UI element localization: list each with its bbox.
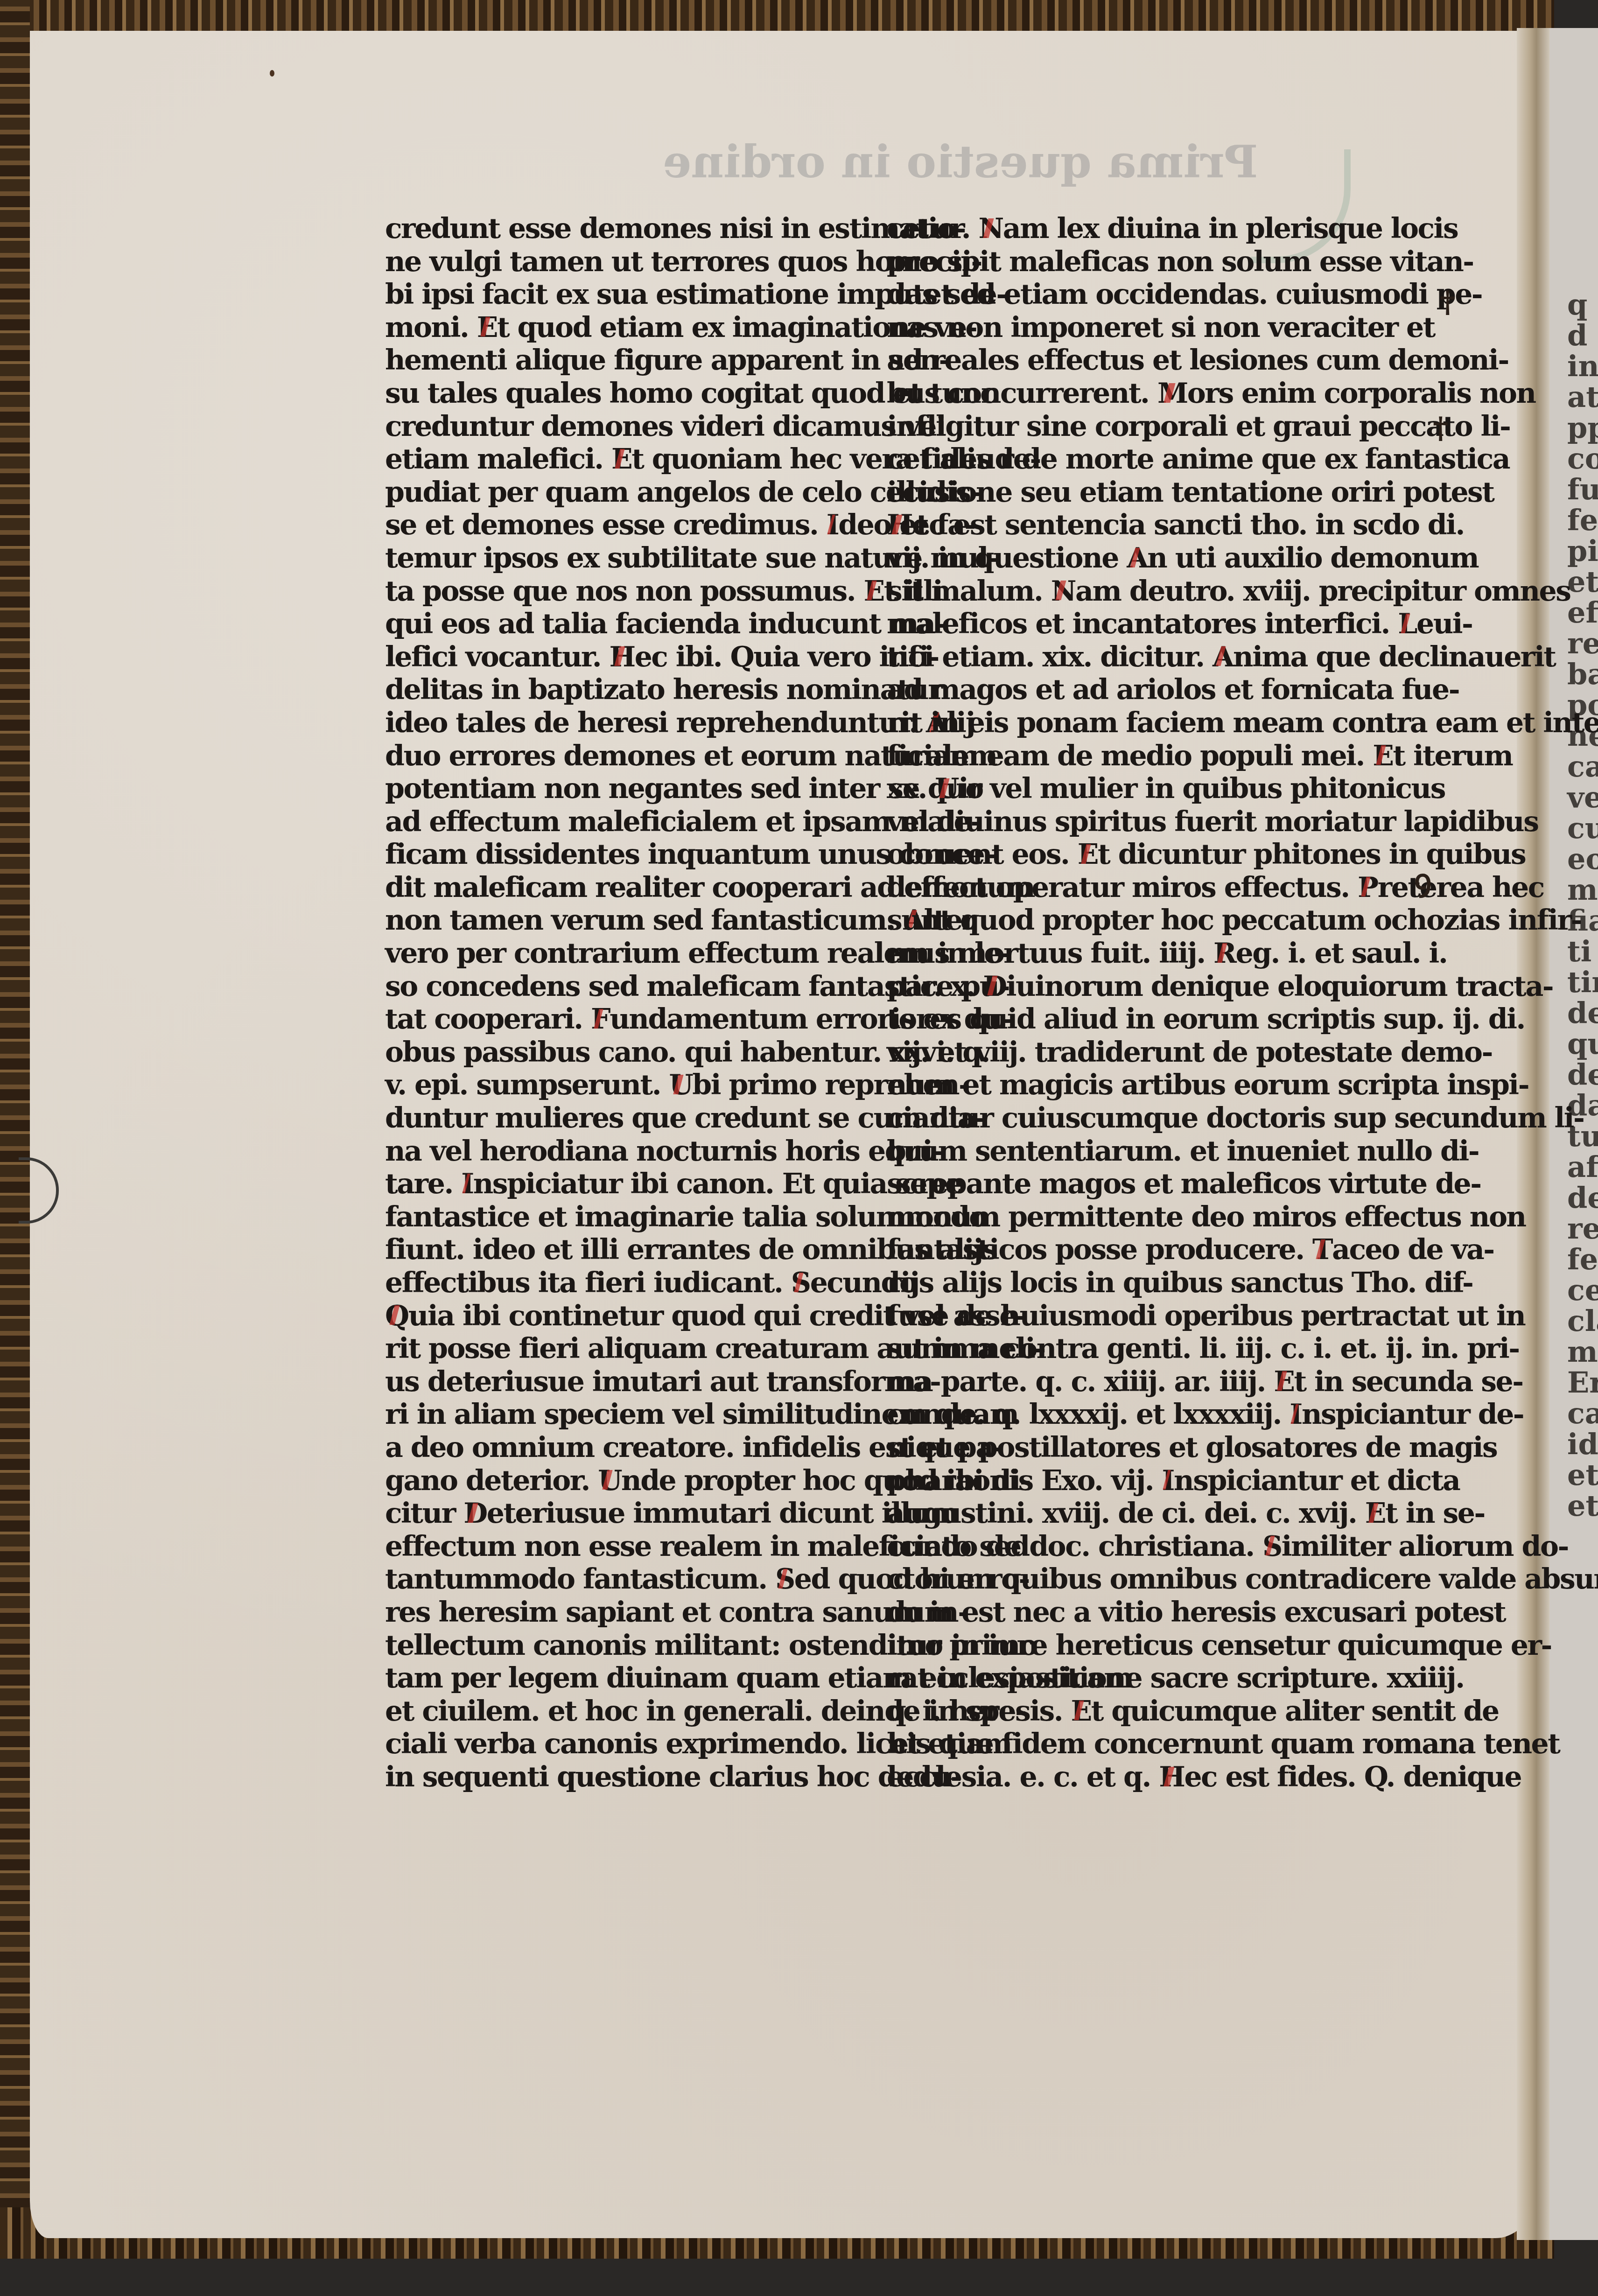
text-line: vero per contrarium effectum realem in l… — [385, 937, 880, 970]
text-line: lefici vocantur. Hec ibi. Quia vero infi… — [385, 641, 880, 674]
text-line: pharaonis Exo. vij. Inspiciantur et dict… — [887, 1464, 1372, 1498]
adjacent-page-text: de — [1567, 998, 1598, 1029]
adjacent-page-text: fu — [1567, 474, 1598, 505]
rubricated-initial: N — [978, 212, 1002, 245]
text-line: fuse de huiusmodi operibus pertractat ut… — [887, 1300, 1372, 1333]
text-line: obus passibus cano. qui habentur. xxvi. … — [385, 1036, 880, 1069]
text-column-right: cetur. Nam lex diuina in plerisque locis… — [887, 212, 1372, 1794]
rubricated-initial: A — [1127, 542, 1147, 574]
adjacent-page-text: cla — [1567, 1306, 1598, 1337]
text-line: monum permittente deo miros effectus non — [887, 1201, 1372, 1234]
rubricated-initial: S — [775, 1563, 794, 1596]
text-line: ma parte. q. c. xiiij. ar. iiij. Et in s… — [887, 1365, 1372, 1399]
rubricated-initial: U — [598, 1464, 621, 1497]
text-line: ideo tales de heresi reprehenduntur. Ali… — [385, 707, 880, 740]
rubricated-initial: E — [1078, 838, 1098, 871]
text-line: ciantur cuiuscumque doctoris sup secundu… — [887, 1102, 1372, 1135]
adjacent-page-text: eo — [1567, 844, 1598, 875]
adjacent-page-text: rea — [1567, 628, 1598, 659]
adjacent-page-text: pi — [1567, 536, 1598, 567]
adjacent-page-text: ce — [1567, 1275, 1598, 1306]
text-line: cet aliud de morte anime que ex fantasti… — [887, 443, 1372, 476]
rubricated-initial: M — [1157, 377, 1187, 410]
adjacent-page-text: re — [1567, 1213, 1598, 1244]
text-line: creduntur demones videri dicamus vel — [385, 410, 880, 443]
adjacent-page-text: de — [1567, 1059, 1598, 1090]
adjacent-page-text: ide — [1567, 1429, 1598, 1460]
text-line: cetur. Nam lex diuina in plerisque locis — [887, 212, 1372, 245]
text-line: ad reales effectus et lesiones cum demon… — [887, 344, 1372, 377]
text-line: summa contra genti. li. iij. c. i. et. i… — [887, 1332, 1372, 1365]
adjacent-page-text: q — [1567, 289, 1587, 320]
book-binding-left — [0, 0, 30, 2240]
text-line: Hec est sentencia sancti tho. in scdo di… — [887, 509, 1372, 542]
text-line: hementi alique figure apparent in sen- — [385, 344, 880, 377]
rubricated-initial: N — [1051, 575, 1075, 608]
text-line: nique postillatores et glosatores de mag… — [887, 1431, 1372, 1464]
rubricated-initial: E — [611, 443, 631, 476]
text-line: augustini. xviij. de ci. dei. c. xvij. E… — [887, 1497, 1372, 1530]
text-line: su tales quales homo cogitat quod et tun… — [385, 377, 880, 410]
rubricated-initial: I — [1290, 1398, 1302, 1431]
adjacent-page-text: de — [1567, 1183, 1598, 1213]
text-line: nas non imponeret si non veraciter et — [887, 311, 1372, 344]
rubricated-initial: E — [1274, 1365, 1294, 1398]
rubricated-initial: D — [463, 1497, 487, 1530]
adjacent-page-text: pp — [1567, 413, 1598, 443]
text-line: fiunt. ideo et illi errantes de omnibus … — [385, 1233, 880, 1267]
text-line: tores quid aliud in eorum scriptis sup. … — [887, 1003, 1372, 1036]
text-line: potentiam non negantes sed inter se quo — [385, 772, 880, 805]
text-line: ri in aliam speciem vel similitudinem qu… — [385, 1398, 880, 1431]
rubricated-initial: E — [477, 311, 497, 344]
text-line: pudiat per quam angelos de celo cecidis- — [385, 476, 880, 509]
text-line: tare. Inspiciatur ibi canon. Et quia sep… — [385, 1168, 880, 1201]
adjacent-page-text: aff — [1567, 1152, 1598, 1183]
rubricated-initial: R — [1213, 937, 1235, 970]
text-line: par. x. Diuinorum denique eloquiorum tra… — [887, 970, 1372, 1003]
adjacent-page-text: ca — [1567, 751, 1598, 782]
adjacent-page-text: eff — [1567, 597, 1598, 628]
text-line: tellectum canonis militant: ostenditur p… — [385, 1629, 880, 1662]
text-line: qui eos ad talia facienda inducunt ma- — [385, 608, 880, 641]
text-line: bus concurrerent. Mors enim corporalis n… — [887, 377, 1372, 410]
rubricated-initial: H — [1159, 1761, 1184, 1793]
text-line: so concedens sed maleficam fantastice pu… — [385, 970, 880, 1003]
text-line: effectibus ita fieri iudicant. Secundo — [385, 1267, 880, 1300]
text-line: rit posse fieri aliquam creaturam aut in… — [385, 1332, 880, 1365]
adjacent-page-text: et a — [1567, 1460, 1598, 1491]
rubricated-initial: H — [887, 509, 912, 541]
text-line: ciali verba canonis exprimendo. licet et… — [385, 1728, 880, 1761]
rubricated-initial: U — [935, 772, 958, 805]
rubricated-initial: A — [1213, 641, 1233, 673]
text-line: fantastice et imaginarie talia solummodo — [385, 1201, 880, 1234]
text-line: ad magos et ad ariolos et fornicata fue- — [887, 673, 1372, 707]
text-line: ctorum quibus omnibus contradicere valde… — [887, 1563, 1372, 1596]
adjacent-page-text: co — [1567, 443, 1598, 474]
text-line: a deo omnium creatore. infidelis est et … — [385, 1431, 880, 1464]
text-line: in sequenti questione clarius hoc dedu- — [385, 1761, 880, 1794]
adjacent-page-text: in — [1567, 351, 1598, 382]
text-line: vij. et viij. tradiderunt de potestate d… — [887, 1036, 1372, 1069]
text-line: precipit maleficas non solum esse vitan- — [887, 245, 1372, 279]
rubricated-initial: E — [1373, 740, 1393, 772]
text-line: fantasticos posse producere. Taceo de va… — [887, 1233, 1372, 1267]
text-line: rat in expositione sacre scripture. xxii… — [887, 1662, 1372, 1695]
rubricated-initial: E — [864, 575, 884, 608]
text-line: tantummodo fantasticum. Sed quod hi erro… — [385, 1563, 880, 1596]
text-line: moni. Et quod etiam ex imaginatione ve- — [385, 311, 880, 344]
text-line: non tamen verum sed fantasticum. Alter — [385, 904, 880, 937]
adjacent-page-text: at — [1567, 382, 1598, 413]
adjacent-page-text: cu — [1567, 813, 1598, 844]
text-line: temur ipsos ex subtilitate sue nature mu… — [385, 542, 880, 575]
text-line: rit in eis ponam faciem meam contra eam … — [887, 707, 1372, 740]
text-line: ne vulgi tamen ut terrores quos homo si- — [385, 245, 880, 279]
text-line: sunt quod propter hoc peccatum ochozias … — [887, 904, 1372, 937]
text-line: maleficos et incantatores interfici. Leu… — [887, 608, 1372, 641]
text-line: mus mortuus fuit. iiij. Reg. i. et saul.… — [887, 937, 1372, 970]
text-line: res heresim sapiant et contra sanum in- — [385, 1596, 880, 1629]
adjacent-page-text: ca — [1567, 1398, 1598, 1429]
text-line: screpante magos et maleficos virtute de- — [887, 1168, 1372, 1201]
adjacent-page-text: fe — [1567, 505, 1598, 536]
rubricated-initial: L — [1398, 608, 1416, 640]
text-line: dit maleficam realiter cooperari ad effe… — [385, 871, 880, 904]
marginal-cross-icon: † — [1433, 411, 1448, 446]
adjacent-page-text: m — [1567, 1337, 1598, 1367]
rubricated-initial: I — [461, 1168, 473, 1200]
text-line: dum est nec a vitio heresis excusari pot… — [887, 1596, 1372, 1629]
marginal-note: ꝯ — [1414, 859, 1432, 899]
text-line: ecclesia. e. c. et q. Hec est fides. Q. … — [887, 1761, 1372, 1794]
text-line: duntur mulieres que credunt se cum dia- — [385, 1102, 880, 1135]
text-line: xx. Uir vel mulier in quibus phitonicus — [887, 772, 1372, 805]
text-line: us deteriusue imutari aut transforma- — [385, 1365, 880, 1399]
text-line: ficam dissidentes inquantum unus conce- — [385, 838, 880, 871]
text-line: et ciuilem. et hoc in generali. deinde i… — [385, 1695, 880, 1728]
adjacent-page-text: ba — [1567, 659, 1598, 690]
rubricated-initial: F — [591, 1003, 610, 1036]
adjacent-page-text: m — [1567, 875, 1598, 905]
text-line: vij. in questione An uti auxilio demonum — [887, 542, 1372, 575]
text-line: delitas in baptizato heresis nominatur — [385, 673, 880, 707]
text-line: bi ipsi facit ex sua estimatione imputet… — [385, 278, 880, 311]
text-line: v. epi. sumpserunt. Ubi primo reprehen- — [385, 1069, 880, 1102]
text-line: imo in iure hereticus censetur quicumque… — [887, 1629, 1372, 1662]
text-line: ta posse que nos non possumus. Et illi — [385, 575, 880, 608]
rubricated-initial: P — [1358, 871, 1378, 904]
adjacent-page-text: ti — [1567, 936, 1591, 967]
text-line: Quia ibi continetur quod qui credit vel … — [385, 1300, 880, 1333]
text-line: q. i. heresis. Et quicumque aliter senti… — [887, 1695, 1372, 1728]
adjacent-page-text: ve — [1567, 782, 1598, 813]
text-line: cunde. q. lxxxxij. et lxxxxiij. Inspicia… — [887, 1398, 1372, 1431]
text-line: infligitur sine corporali et graui pecca… — [887, 410, 1372, 443]
text-line: cundo de doc. christiana. Similiter alio… — [887, 1530, 1372, 1563]
text-line: gano deterior. Unde propter hoc quod ibi… — [385, 1464, 880, 1498]
text-line: his que fidem concernunt quam romana ten… — [887, 1728, 1372, 1761]
text-line: illusione seu etiam tentatione oriri pot… — [887, 476, 1372, 509]
rubricated-initial: D — [983, 970, 1006, 1003]
text-line: obruent eos. Et dicuntur phitones in qui… — [887, 838, 1372, 871]
text-line: etiam malefici. Et quoniam hec vera fide… — [385, 443, 880, 476]
rubricated-initial: E — [1365, 1497, 1385, 1530]
adjacent-page-text: qu — [1567, 1029, 1598, 1059]
rubricated-initial: S — [791, 1267, 810, 1299]
showthrough-header: Prima questio in ordine — [663, 135, 1258, 188]
text-line: tam per legem diuinam quam etiam ecclesi… — [385, 1662, 880, 1695]
text-line: ficiam eam de medio populi mei. Et iteru… — [887, 740, 1372, 773]
adjacent-page-text: et — [1567, 567, 1598, 597]
text-line: das sed etiam occidendas. cuiusmodi pe- — [887, 278, 1372, 311]
text-line: credunt esse demones nisi in estimatio- — [385, 212, 880, 245]
text-line: demon operatur miros effectus. Preterea … — [887, 871, 1372, 904]
text-line: na vel herodiana nocturnis horis equi- — [385, 1135, 880, 1168]
adjacent-page-text: et q — [1567, 1491, 1598, 1521]
adjacent-page-text: Er — [1567, 1367, 1598, 1398]
rubricated-initial: I — [827, 509, 839, 541]
text-line: sit malum. Nam deutro. xviij. precipitur… — [887, 575, 1372, 608]
adjacent-page-text: tin — [1567, 967, 1598, 998]
text-column-left: credunt esse demones nisi in estimatio-n… — [385, 212, 880, 1794]
marginal-cross-icon: † — [1440, 285, 1455, 320]
text-line: citur Deteriusue immutari dicunt illum — [385, 1497, 880, 1530]
text-line: effectum non esse realem in maleficiato … — [385, 1530, 880, 1563]
rubricated-initial: T — [1312, 1233, 1332, 1266]
rubricated-initial: H — [609, 641, 634, 673]
text-line: duo errores demones et eorum naturalem — [385, 740, 880, 773]
rubricated-initial: E — [1071, 1695, 1091, 1728]
rubricated-initial: S — [1262, 1530, 1282, 1563]
ink-spot — [270, 70, 274, 77]
text-line: vel diuinus spiritus fuerit moriatur lap… — [887, 805, 1372, 839]
rubricated-initial: Q — [385, 1300, 408, 1332]
text-line: se et demones esse credimus. Ideo et fa- — [385, 509, 880, 542]
rubricated-initial: U — [669, 1069, 692, 1101]
rubricated-initial: I — [1162, 1464, 1174, 1497]
text-line: tat cooperari. Fundamentum erroris ex du… — [385, 1003, 880, 1036]
text-line: num et magicis artibus eorum scripta ins… — [887, 1069, 1372, 1102]
text-line: tici etiam. xix. dicitur. Anima que decl… — [887, 641, 1372, 674]
text-line: brum sententiarum. et inueniet nullo di- — [887, 1135, 1372, 1168]
adjacent-page-text: d — [1567, 320, 1587, 351]
text-line: ad effectum maleficialem et ipsam male- — [385, 805, 880, 839]
text-line: rijs alijs locis in quibus sanctus Tho. … — [887, 1267, 1372, 1300]
adjacent-page-text: fe — [1567, 1244, 1598, 1275]
